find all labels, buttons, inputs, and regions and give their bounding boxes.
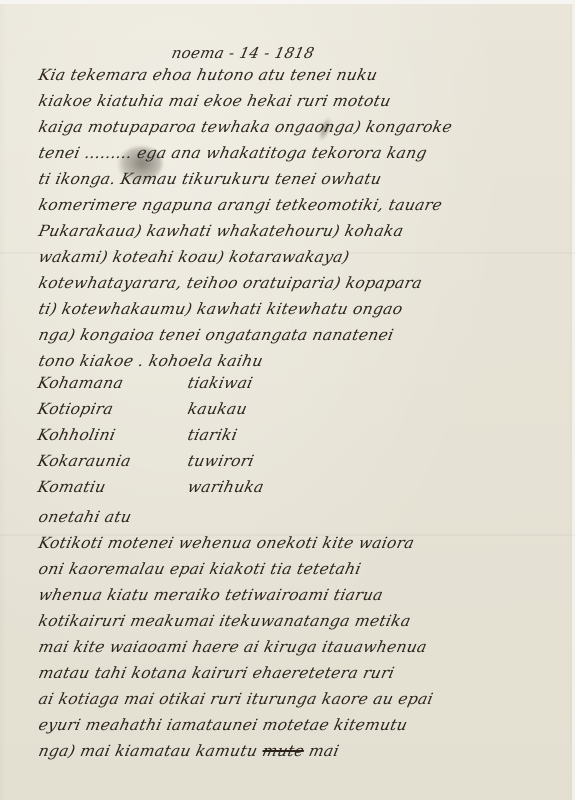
- text-line: tenei ......... ega ana whakatitoga teko…: [36, 140, 430, 166]
- name-right: warihuka: [186, 478, 266, 496]
- text-line: kotewhatayarara, teihoo oratuiparia) kop…: [36, 270, 425, 296]
- text-line: mai kite waiaoami haere ai kiruga itauaw…: [36, 634, 430, 660]
- text-line: eyuri meahathi iamataunei motetae kitemu…: [36, 712, 410, 738]
- text-line: Kotikoti motenei wehenua onekoti kite wa…: [36, 530, 417, 556]
- struck-word: mute: [261, 742, 306, 760]
- text-line: komerimere ngapuna arangi tetkeomotiki, …: [36, 192, 445, 218]
- text-line: wakami) koteahi koau) kotarawakaya): [36, 244, 352, 270]
- text-line: Kia tekemara ehoa hutono atu tenei nuku: [36, 62, 380, 88]
- name-left: Kohamana: [36, 374, 125, 392]
- name-left: Kotiopira: [36, 400, 115, 418]
- letter-date: noema - 14 - 1818: [170, 44, 316, 62]
- final-text: nga) mai kiamatau kamutu: [37, 742, 259, 760]
- name-right: tiariki: [186, 426, 239, 444]
- manuscript-page: noema - 14 - 1818 Kia tekemara ehoa huto…: [0, 0, 575, 800]
- text-line-final: nga) mai kiamatau kamutu mute mai: [36, 738, 342, 764]
- text-line: nga) kongaioa tenei ongatangata nanatene…: [36, 322, 396, 348]
- name-right: tiakiwai: [186, 374, 254, 392]
- text-line: kotikairuri meakumai itekuwanatanga meti…: [36, 608, 413, 634]
- text-line: ai kotiaga mai otikai ruri iturunga kaor…: [36, 686, 436, 712]
- name-right: tuwirori: [186, 452, 256, 470]
- text-line: ti) kotewhakaumu) kawhati kitewhatu onga…: [36, 296, 405, 322]
- text-line: matau tahi kotana kairuri ehaeretetera r…: [36, 660, 397, 686]
- list-closing: onetahi atu: [36, 504, 134, 530]
- name-left: Kokaraunia: [36, 452, 133, 470]
- text-line: kaiga motupaparoa tewhaka ongaonga) kong…: [36, 114, 455, 140]
- name-left: Kohholini: [36, 426, 117, 444]
- text-line: ti ikonga. Kamau tikurukuru tenei owhatu: [36, 166, 384, 192]
- text-line: Pukarakaua) kawhati whakatehouru) kohaka: [36, 218, 406, 244]
- text-line: oni kaoremalau epai kiakoti tia tetetahi: [36, 556, 364, 582]
- text-line: whenua kiatu meraiko tetiwairoami tiarua: [36, 582, 386, 608]
- final-word: mai: [307, 742, 341, 760]
- text-line: kiakoe kiatuhia mai ekoe hekai ruri moto…: [36, 88, 393, 114]
- text-line: tono kiakoe . kohoela kaihu: [36, 348, 266, 374]
- name-left: Komatiu: [36, 478, 108, 496]
- name-right: kaukau: [186, 400, 249, 418]
